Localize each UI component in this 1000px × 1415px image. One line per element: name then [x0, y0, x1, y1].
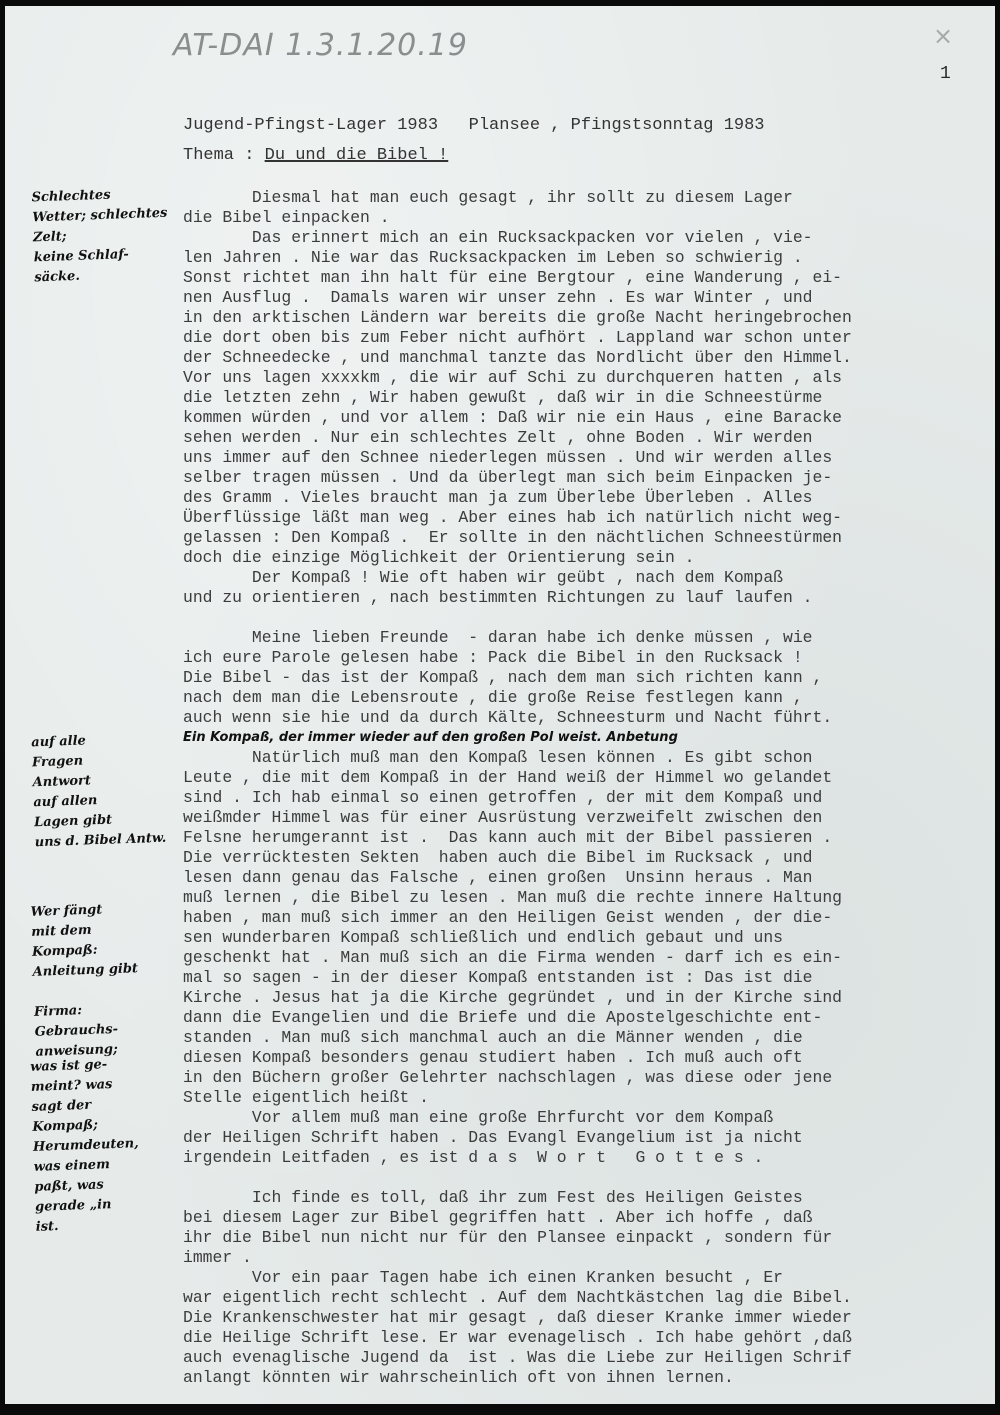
text-line: bei diesem Lager zur Bibel gegriffen hat…: [183, 1208, 852, 1228]
text-line: in den arktischen Ländern war bereits di…: [183, 308, 852, 328]
document-thema: Thema : Du und die Bibel !: [183, 146, 448, 166]
document-header: Jugend-Pfingst-Lager 1983 Plansee , Pfin…: [183, 116, 765, 136]
text-line: der Schneedecke , und manchmal tanzte da…: [183, 348, 852, 368]
text-line: haben , man muß sich immer an den Heilig…: [183, 908, 852, 928]
page-number: 1: [940, 64, 951, 84]
document-page: AT-DAI 1.3.1.20.19 × 1 Jugend-Pfingst-La…: [5, 6, 995, 1404]
text-line: [183, 608, 852, 628]
text-line: Felsne herumgerannt ist . Das kann auch …: [183, 828, 852, 848]
text-line: [183, 1168, 852, 1188]
text-line: Überflüssige läßt man weg . Aber eines h…: [183, 508, 852, 528]
text-line: immer .: [183, 1248, 852, 1268]
thema-title: Du und die Bibel !: [265, 146, 449, 165]
text-line: ich eure Parole gelesen habe : Pack die …: [183, 648, 852, 668]
text-line: Leute , die mit dem Kompaß in der Hand w…: [183, 768, 852, 788]
text-line: die Bibel einpacken .: [183, 208, 852, 228]
text-line: dann die Evangelien und die Briefe und d…: [183, 1008, 852, 1028]
handwritten-line: Ein Kompaß, der immer wieder auf den gro…: [183, 728, 852, 748]
text-line: Natürlich muß man den Kompaß lesen könne…: [183, 748, 852, 768]
text-line: gelassen : Den Kompaß . Er sollte in den…: [183, 528, 852, 548]
text-line: Vor allem muß man eine große Ehrfurcht v…: [183, 1108, 852, 1128]
text-line: Sonst richtet man ihn halt für eine Berg…: [183, 268, 852, 288]
text-line: nen Ausflug . Damals waren wir unser zeh…: [183, 288, 852, 308]
text-line: muß lernen , die Bibel zu lesen . Man mu…: [183, 888, 852, 908]
text-line: sind . Ich hab einmal so einen getroffen…: [183, 788, 852, 808]
text-line: Stelle eigentlich heißt .: [183, 1088, 852, 1108]
text-line: die Heilige Schrift lese. Er war evenage…: [183, 1328, 852, 1348]
margin-note: was ist ge- meint? was sagt der Kompaß; …: [30, 1054, 142, 1238]
text-line: war eigentlich recht schlecht . Auf dem …: [183, 1288, 852, 1308]
text-line: doch die einzige Möglichkeit der Orienti…: [183, 548, 852, 568]
thema-label: Thema :: [183, 146, 265, 165]
text-line: sen wunderbaren Kompaß schließlich und e…: [183, 928, 852, 948]
text-line: mal so sagen - in der dieser Kompaß ents…: [183, 968, 852, 988]
text-line: weißmder Himmel was für einer Ausrüstung…: [183, 808, 852, 828]
archive-id-stamp: AT-DAI 1.3.1.20.19: [173, 28, 468, 63]
corner-mark: ×: [933, 22, 953, 50]
text-line: die dort oben bis zum Feber nicht aufhör…: [183, 328, 852, 348]
document-body: Diesmal hat man euch gesagt , ihr sollt …: [183, 188, 852, 1388]
text-line: Meine lieben Freunde - daran habe ich de…: [183, 628, 852, 648]
margin-note: Wer fängt mit dem Kompaß: Anleitung gibt…: [30, 899, 141, 1063]
text-line: der Heiligen Schrift haben . Das Evangl …: [183, 1128, 852, 1148]
text-line: Diesmal hat man euch gesagt , ihr sollt …: [183, 188, 852, 208]
text-line: diesen Kompaß besonders genau studiert h…: [183, 1048, 852, 1068]
text-line: Die Krankenschwester hat mir gesagt , da…: [183, 1308, 852, 1328]
margin-note: Schlechtes Wetter; schlechtes Zelt; kein…: [31, 184, 170, 289]
text-line: Das erinnert mich an ein Rucksackpacken …: [183, 228, 852, 248]
text-line: len Jahren . Nie war das Rucksackpacken …: [183, 248, 852, 268]
text-line: Ich finde es toll, daß ihr zum Fest des …: [183, 1188, 852, 1208]
text-line: in den Büchern großer Gelehrter nachschl…: [183, 1068, 852, 1088]
text-line: geschenkt hat . Man muß sich an die Firm…: [183, 948, 852, 968]
text-line: auch evenaglische Jugend da ist . Was di…: [183, 1348, 852, 1368]
text-line: irgendein Leitfaden , es ist d a s W o r…: [183, 1148, 852, 1168]
text-line: lesen dann genau das Falsche , einen gro…: [183, 868, 852, 888]
text-line: anlangt könnten wir wahrscheinlich oft v…: [183, 1368, 852, 1388]
text-line: des Gramm . Vieles braucht man ja zum Üb…: [183, 488, 852, 508]
text-line: auch wenn sie hie und da durch Kälte, Sc…: [183, 708, 852, 728]
text-line: Vor ein paar Tagen habe ich einen Kranke…: [183, 1268, 852, 1288]
text-line: die letzten zehn , Wir haben gewußt , da…: [183, 388, 852, 408]
text-line: Der Kompaß ! Wie oft haben wir geübt , n…: [183, 568, 852, 588]
text-line: und zu orientieren , nach bestimmten Ric…: [183, 588, 852, 608]
text-line: standen . Man muß sich manchmal auch an …: [183, 1028, 852, 1048]
text-line: nach dem man die Lebensroute , die große…: [183, 688, 852, 708]
text-line: uns immer auf den Schnee niederlegen müs…: [183, 448, 852, 468]
text-line: Die Bibel - das ist der Kompaß , nach de…: [183, 668, 852, 688]
text-line: Vor uns lagen xxxxkm , die wir auf Schi …: [183, 368, 852, 388]
text-line: kommen würden , und vor allem : Daß wir …: [183, 408, 852, 428]
margin-note: auf alle Fragen Antwort auf allen Lagen …: [31, 729, 167, 854]
text-line: sehen werden . Nur ein schlechtes Zelt ,…: [183, 428, 852, 448]
text-line: ihr die Bibel nun nicht nur für den Plan…: [183, 1228, 852, 1248]
text-line: Die verrücktesten Sekten haben auch die …: [183, 848, 852, 868]
text-line: selber tragen müssen . Und da überlegt m…: [183, 468, 852, 488]
text-line: Kirche . Jesus hat ja die Kirche gegründ…: [183, 988, 852, 1008]
